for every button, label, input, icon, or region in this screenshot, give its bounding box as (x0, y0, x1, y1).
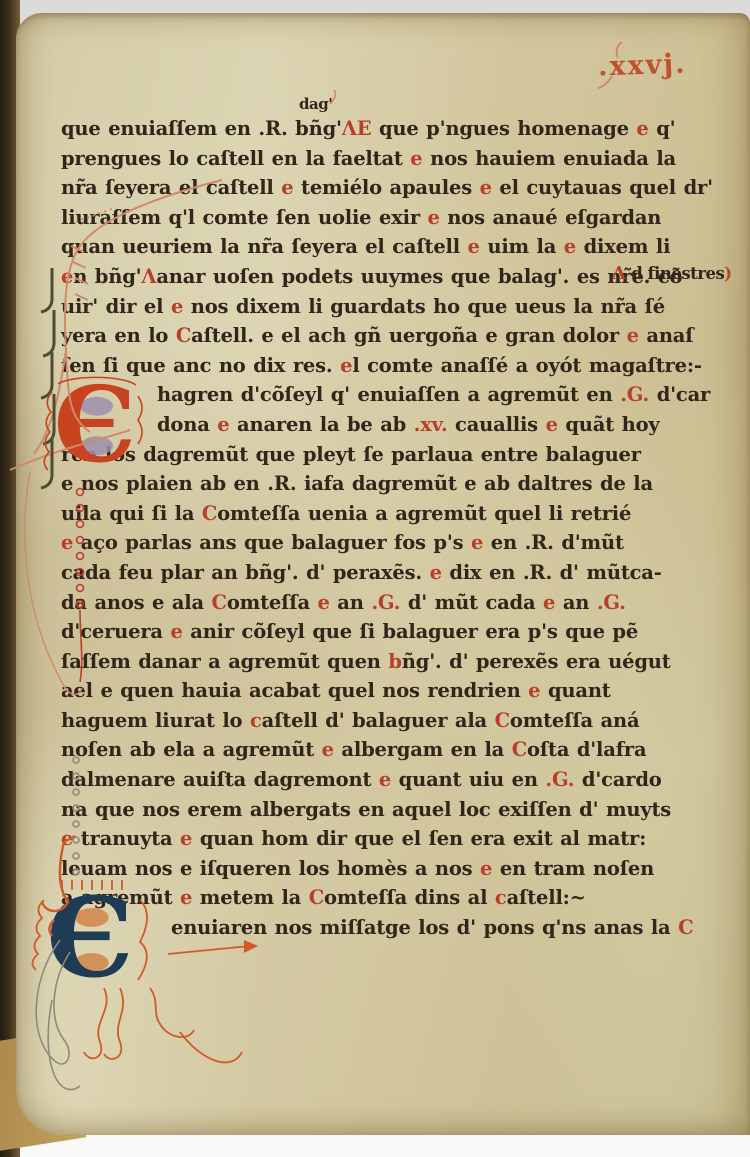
ink-text: aſtell:~ (507, 886, 586, 909)
decorated-initial-e-blue: Є (46, 893, 134, 987)
ink-text: quan ueuriem la nr̃a ſeyera el caſtell (61, 235, 468, 258)
ink-text: que p'ngues homenage (371, 117, 636, 140)
manuscript-line: nr̃a ſeyera el caſtell e temiélo apaules… (61, 173, 671, 203)
ink-text: el cuytauas quel dr' (492, 176, 713, 199)
rubricated-text: C (512, 738, 527, 761)
ink-text: omteſſa (227, 591, 318, 614)
ink-text: n bñg' (73, 265, 141, 288)
manuscript-line: yera en lo Caſtell. e el ach gñ uergoña … (61, 321, 671, 351)
rubricated-text: e (636, 117, 648, 140)
ink-text: hagren d'cõſeyl q' enuiaſſen a agremũt e… (157, 383, 620, 406)
ink-text: en .R. d'mũt (483, 531, 624, 554)
ink-text: metem la (192, 886, 309, 909)
rubricated-text: .G. (620, 383, 649, 406)
manuscript-line: uila qui ſi la Comteſſa uenia a agremũt … (61, 499, 671, 529)
rubricated-text: .G. (371, 591, 400, 614)
ink-text: ñg'. d' perexẽs era uégut (402, 650, 671, 673)
rubricated-text: C (202, 502, 217, 525)
ink-text: dona (157, 413, 217, 436)
ink-text: ſaſſem danar a agremũt quen (61, 650, 388, 673)
manuscript-line: ſaſſem danar a agremũt quen bñg'. d' per… (61, 647, 671, 677)
ink-text: anir cõſeyl que ſi balaguer era p's que … (183, 620, 638, 643)
manuscript-line: dalmenare auiſta dagremont e quant uiu e… (61, 765, 671, 795)
manuscript-line: quan ueuriem la nr̃a ſeyera el caſtell e… (61, 232, 671, 262)
rubricated-text: e (170, 620, 182, 643)
ink-text: an (330, 591, 372, 614)
ink-text: anaren la be ab (229, 413, 413, 436)
margin-note-right: Λ d finestres) (612, 263, 732, 284)
ink-text: albergam en la (334, 738, 512, 761)
rubricated-text: .G. (597, 591, 626, 614)
manuscript-line: hagren d'cõſeyl q' enuiaſſen a agremũt e… (61, 380, 671, 410)
ink-text: dixem li (576, 235, 670, 258)
rubricated-text: c (250, 709, 262, 732)
rubricated-text: ΛE (342, 117, 372, 140)
ink-text: uila qui ſi la (61, 502, 202, 525)
rubricated-text: e (410, 147, 422, 170)
rubricated-text: C (678, 916, 693, 939)
rubricated-text: e (379, 768, 391, 791)
ink-text: que enuiaſſem en .R. bñg' (61, 117, 342, 140)
manuscript-line: prengues lo caſtell en la faeltat e nos … (61, 144, 671, 174)
rubricated-text: c (495, 886, 507, 909)
rubricated-text: e (480, 176, 492, 199)
manuscript-line: enuiaren nos miſſatge los d' pons q'ns a… (61, 913, 671, 943)
ink-text: nos hauiem enuiada la (423, 147, 676, 170)
ink-text: d'car (649, 383, 710, 406)
rubricated-text: e (564, 235, 576, 258)
manuscript-line: ſen ſi que anc no dix res. el comte anaſ… (61, 351, 671, 381)
ink-text: anar uoſen podets uuymes que balag'. es … (156, 265, 682, 288)
folio-number: .xxvj. (597, 48, 686, 82)
rubricated-text: C (309, 886, 324, 909)
manuscript-line: uir' dir el e nos dixem li guardats ho q… (61, 292, 671, 322)
ink-text: nos dixem li guardats ho que ueus la nr̃… (183, 295, 665, 318)
manuscript-line: liuraſſem q'l comte ſen uolie exir e nos… (61, 203, 671, 233)
manuscript-line: d'ceruera e anir cõſeyl que ſi balaguer … (61, 617, 671, 647)
ink-text: en tram noſen (492, 857, 654, 880)
manuscript-line: leuam nos e iſqueren los homès a nos e e… (61, 854, 671, 884)
rubricated-text: e (528, 679, 540, 702)
rubricated-text: e (180, 827, 192, 850)
ink-text: dix en .R. d' mũtca- (442, 561, 662, 584)
rubricated-text: C (212, 591, 227, 614)
margin-note-text: d finestres (626, 264, 724, 283)
rubricated-text: e (281, 176, 293, 199)
insertion-caret-icon: Λ (612, 263, 626, 284)
rubricated-text: Λ (141, 265, 156, 288)
ink-text: cada feu plar an bñg'. d' peraxẽs. (61, 561, 430, 584)
ink-text: liuraſſem q'l comte ſen uolie exir (61, 206, 427, 229)
ink-text: da anos e ala (61, 591, 212, 614)
rubricated-text: e (546, 413, 558, 436)
ink-text: prengues lo caſtell en la faeltat (61, 147, 410, 170)
rubricated-text: e (322, 738, 334, 761)
manuscript-line: que enuiaſſem en .R. bñg'ΛE que p'ngues … (61, 114, 671, 144)
ink-text: uim la (480, 235, 564, 258)
ink-text: d'ceruera (61, 620, 170, 643)
rubricated-text: e (430, 561, 442, 584)
ink-text: nos anaué eſgardan (440, 206, 662, 229)
rubricated-text: e (468, 235, 480, 258)
ink-text: omteſſa uenia a agremũt quel li retrié (217, 502, 631, 525)
interlinear-correction: dag' (299, 95, 332, 113)
ink-text: quant uiu en (391, 768, 545, 791)
rubricated-text: .G. (545, 768, 574, 791)
manuscript-line: ren los dagremũt que pleyt ſe parlaua en… (61, 440, 671, 470)
initial-letter-glyph: Є (53, 383, 137, 467)
manuscript-line: cada feu plar an bñg'. d' peraxẽs. e dix… (61, 558, 671, 588)
ink-text: q' (649, 117, 676, 140)
rubricated-text: e (543, 591, 555, 614)
initial-letter-glyph: Є (46, 893, 134, 983)
manuscript-line: en bñg'Λanar uoſen podets uuymes que bal… (61, 262, 671, 292)
ink-text: tranuyta (73, 827, 180, 850)
ink-text: ael e quen hauia acabat quel nos rendrie… (61, 679, 528, 702)
manuscript-photo: .xxvj. dag' que enuiaſſem en .R. bñg'ΛE … (0, 0, 750, 1157)
rubricated-text: e (480, 857, 492, 880)
rubricated-text: e (427, 206, 439, 229)
manuscript-line: e nos plaien ab en .R. iafa dagremũt e a… (61, 469, 671, 499)
ink-text: oſta d'lafra (527, 738, 646, 761)
rubricated-text: C (176, 324, 191, 347)
manuscript-line: noſen ab ela a agremũt e albergam en la … (61, 735, 671, 765)
text-block: que enuiaſſem en .R. bñg'ΛE que p'ngues … (61, 114, 671, 943)
ink-text: nr̃a ſeyera el caſtell (61, 176, 281, 199)
rubricated-text: e (61, 265, 73, 288)
ink-text: an (555, 591, 597, 614)
ink-text: cauallis (447, 413, 545, 436)
ink-text: haguem liurat lo (61, 709, 250, 732)
ink-text: na que nos erem albergats en aquel loc e… (61, 798, 671, 821)
manuscript-line: na que nos erem albergats en aquel loc e… (61, 795, 671, 825)
ink-text: d'cardo (574, 768, 661, 791)
rubricated-text: e (471, 531, 483, 554)
ink-text: quant (540, 679, 610, 702)
rubricated-text: e (61, 531, 73, 554)
decorated-initial-e-red: Є (53, 383, 137, 469)
ink-text: temiélo apaules (293, 176, 479, 199)
rubricated-text: e (627, 324, 639, 347)
ink-text: dalmenare auiſta dagremont (61, 768, 379, 791)
rubricated-text: .xv. (414, 413, 448, 436)
rubricated-text: e (217, 413, 229, 436)
rubricated-text: e (318, 591, 330, 614)
ink-text: aço parlas ans que balaguer fos p's (73, 531, 471, 554)
ink-text: quan hom dir que el ſen era exit al matr… (192, 827, 646, 850)
manuscript-line: dona e anaren la be ab .xv. cauallis e q… (61, 410, 671, 440)
ink-text: uir' dir el (61, 295, 171, 318)
ink-text: omteſſa aná (510, 709, 640, 732)
manuscript-line: a agremũt e metem la Comteſſa dins al ca… (61, 883, 671, 913)
ink-text: aſtell. e el ach gñ uergoña e gran dolor (191, 324, 626, 347)
manuscript-line: haguem liurat lo caſtell d' balaguer ala… (61, 706, 671, 736)
manuscript-line: e aço parlas ans que balaguer fos p's e … (61, 528, 671, 558)
ink-text: quãt hoy (558, 413, 660, 436)
ink-text: omteſſa dins al (324, 886, 495, 909)
ink-text: aſtell d' balaguer ala (262, 709, 495, 732)
manuscript-line: e tranuyta e quan hom dir que el ſen era… (61, 824, 671, 854)
ink-text: noſen ab ela a agremũt (61, 738, 322, 761)
rubricated-text: e (171, 295, 183, 318)
rubricated-text: C (495, 709, 510, 732)
rubricated-text: e (340, 354, 352, 377)
manuscript-line: ael e quen hauia acabat quel nos rendrie… (61, 676, 671, 706)
ink-text: anaſ (639, 324, 694, 347)
rubricated-text: e (180, 886, 192, 909)
manuscript-line: da anos e ala Comteſſa e an .G. d' mũt c… (61, 588, 671, 618)
ink-text: enuiaren nos miſſatge los d' pons q'ns a… (171, 916, 678, 939)
ink-text: yera en lo (61, 324, 176, 347)
ink-text: e nos plaien ab en .R. iafa dagremũt e a… (61, 472, 653, 495)
rubricated-text: b (388, 650, 401, 673)
ink-text: l comte anaſſé a oyót magaſtre:- (352, 354, 701, 377)
rubricated-text: e (61, 827, 73, 850)
ink-text: ren los dagremũt que pleyt ſe parlaua en… (61, 443, 641, 466)
ink-text: d' mũt cada (400, 591, 543, 614)
margin-note-paren: ) (724, 264, 732, 283)
